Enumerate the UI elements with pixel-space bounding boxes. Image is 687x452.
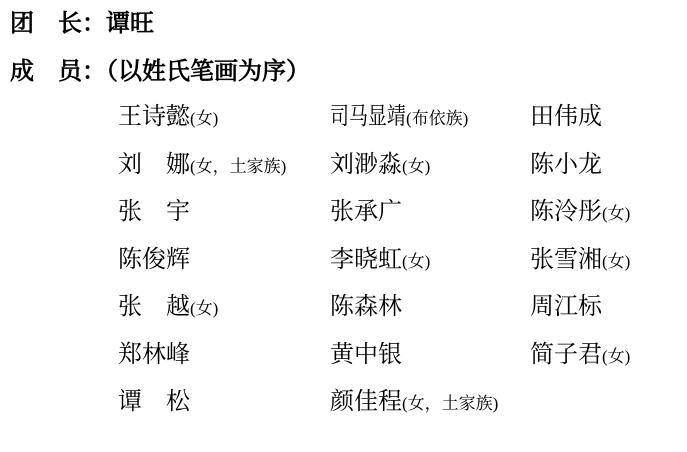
member-name: 刘 娜 — [118, 152, 190, 178]
member-cell: 刘 娜(女，土家族) — [118, 142, 330, 190]
member-cell: 刘渺淼(女) — [330, 142, 530, 190]
member-row: 王诗懿(女) 司马显靖(布依族) 田伟成 — [118, 94, 687, 142]
member-cell: 张 越(女) — [118, 284, 330, 332]
member-suffix: (女) — [402, 157, 430, 176]
member-cell: 谭 松 — [118, 379, 330, 427]
member-suffix: (女) — [602, 347, 630, 366]
member-cell: 颜佳程(女，土家族) — [330, 379, 530, 427]
member-name: 张雪湘 — [530, 247, 602, 273]
member-row: 陈俊辉 李晓虹(女) 张雪湘(女) — [118, 237, 687, 285]
member-cell: 田伟成 — [530, 94, 687, 142]
member-cell: 张承广 — [330, 189, 530, 237]
member-cell: 陈俊辉 — [118, 237, 330, 285]
member-name: 颜佳程 — [330, 389, 402, 415]
document-page: 团 长：谭旺 成 员：（以姓氏笔画为序） 王诗懿(女) 司马显靖(布依族) 田伟… — [0, 0, 687, 452]
member-name: 张 越 — [118, 294, 190, 320]
member-row: 郑林峰 黄中银 简子君(女) — [118, 332, 687, 380]
member-name: 周江标 — [530, 294, 602, 320]
member-cell: 王诗懿(女) — [118, 94, 330, 142]
members-header-line: 成 员：（以姓氏笔画为序） — [10, 59, 310, 85]
member-name: 刘渺淼 — [330, 152, 402, 178]
member-name: 张 宇 — [118, 199, 190, 225]
leader-name: 谭旺 — [106, 10, 154, 37]
member-name: 李晓虹 — [330, 247, 402, 273]
member-name: 陈小龙 — [530, 152, 602, 178]
member-cell: 陈泠彤(女) — [530, 189, 687, 237]
members-roster: 王诗懿(女) 司马显靖(布依族) 田伟成 刘 娜(女，土家族) 刘渺淼(女) 陈… — [118, 94, 687, 427]
leader-line: 团 长：谭旺 — [10, 11, 154, 37]
member-suffix: (女) — [602, 252, 630, 271]
member-cell: 陈小龙 — [530, 142, 687, 190]
member-name: 陈森林 — [330, 294, 402, 320]
member-row: 张 宇 张承广 陈泠彤(女) — [118, 189, 687, 237]
member-cell — [530, 379, 687, 427]
member-suffix: (女，土家族) — [402, 394, 498, 413]
member-suffix: (女) — [190, 299, 218, 318]
member-name: 简子君 — [530, 342, 602, 368]
member-row: 刘 娜(女，土家族) 刘渺淼(女) 陈小龙 — [118, 142, 687, 190]
member-cell: 李晓虹(女) — [330, 237, 530, 285]
member-cell: 司马显靖(布依族) — [330, 94, 530, 142]
member-name: 陈俊辉 — [118, 247, 190, 273]
members-label: 成 员： — [10, 58, 106, 85]
member-name: 田伟成 — [530, 104, 602, 130]
member-cell: 周江标 — [530, 284, 687, 332]
member-cell: 黄中银 — [330, 332, 530, 380]
member-cell: 张 宇 — [118, 189, 330, 237]
members-sort-note: （以姓氏笔画为序） — [106, 58, 310, 85]
member-suffix: (女，土家族) — [190, 157, 286, 176]
member-suffix: (女) — [602, 204, 630, 223]
member-name: 陈泠彤 — [530, 199, 602, 225]
member-suffix: (女) — [190, 109, 218, 128]
member-name: 张承广 — [330, 199, 402, 225]
member-cell: 张雪湘(女) — [530, 237, 687, 285]
member-row: 张 越(女) 陈森林 周江标 — [118, 284, 687, 332]
member-cell: 陈森林 — [330, 284, 530, 332]
leader-label: 团 长： — [10, 10, 106, 37]
member-row: 谭 松 颜佳程(女，土家族) — [118, 379, 687, 427]
member-suffix: (布依族) — [406, 109, 468, 128]
member-name: 王诗懿 — [118, 104, 190, 130]
member-name: 司马显靖 — [330, 94, 390, 142]
member-name: 谭 松 — [118, 389, 190, 415]
member-name: 郑林峰 — [118, 342, 190, 368]
member-name: 黄中银 — [330, 342, 402, 368]
member-cell: 郑林峰 — [118, 332, 330, 380]
member-cell: 简子君(女) — [530, 332, 687, 380]
member-suffix: (女) — [402, 252, 430, 271]
